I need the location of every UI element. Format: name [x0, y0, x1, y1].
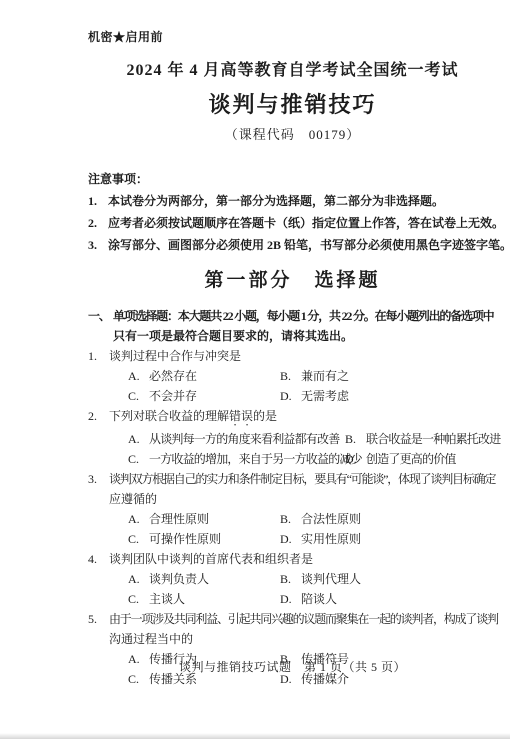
- option-d: D.实用性原则: [280, 529, 361, 549]
- option-a: A.从谈判每一方的角度来看利益都有改善: [128, 429, 345, 449]
- option-text: 可操作性原则: [149, 532, 221, 546]
- question-stem: 5.由于一项涉及共同利益、引起共同兴趣的议题而聚集在一起的谈判者，构成了谈判: [88, 609, 497, 629]
- option-b: B.联合收益是一种帕累托改进: [345, 429, 500, 449]
- note-text: 本试卷分为两部分，第一部分为选择题，第二部分为非选择题。: [108, 194, 444, 208]
- option-row: C.不会并存 D.无需考虑: [88, 386, 497, 406]
- page-content: 机密★启用前 2024 年 4 月高等教育自学考试全国统一考试 谈判与推销技巧 …: [0, 30, 510, 689]
- option-text: 合法性原则: [301, 512, 361, 526]
- paper-title: 谈判与推销技巧: [88, 90, 497, 120]
- question-stem: 4.谈判团队中谈判的首席代表和组织者是: [88, 549, 497, 569]
- note-number: 3.: [88, 234, 108, 256]
- question-block: 5.由于一项涉及共同利益、引起共同兴趣的议题而聚集在一起的谈判者，构成了谈判 沟…: [88, 609, 497, 689]
- option-text: 主谈人: [149, 592, 185, 606]
- note-item: 1.本试卷分为两部分，第一部分为选择题，第二部分为非选择题。: [88, 190, 497, 212]
- option-letter: C.: [128, 589, 142, 609]
- question-stem: 2.下列对联合收益的理解错误的是: [88, 406, 497, 429]
- option-text: 联合收益是一种帕累托改进: [366, 432, 500, 446]
- exam-session-title: 2024 年 4 月高等教育自学考试全国统一考试: [88, 60, 497, 82]
- question-stem-emphasis: 错误: [229, 409, 253, 423]
- option-a: A.合理性原则: [128, 509, 280, 529]
- option-text: 合理性原则: [149, 512, 209, 526]
- option-letter: A.: [128, 509, 142, 529]
- option-row: C.主谈人 D.陪谈人: [88, 589, 497, 609]
- option-c: C.一方收益的增加，来自于另一方收益的减少: [128, 449, 345, 469]
- scan-bottom-shadow: [0, 733, 510, 739]
- option-row: C.可操作性原则 D.实用性原则: [88, 529, 497, 549]
- option-letter: A.: [128, 569, 142, 589]
- option-row: A.必然存在 B.兼而有之: [88, 366, 497, 386]
- option-text: 从谈判每一方的角度来看利益都有改善: [149, 432, 339, 446]
- option-letter: C.: [128, 529, 142, 549]
- question-stem-text: 的是: [253, 409, 277, 423]
- question-stem-line2: 沟通过程当中的: [88, 629, 497, 649]
- notes-section: 注意事项： 1.本试卷分为两部分，第一部分为选择题，第二部分为非选择题。 2.应…: [88, 168, 497, 256]
- question-stem-line2: 应遵循的: [88, 489, 497, 509]
- question-stem: 3.谈判双方根据自己的实力和条件制定目标，要具有“可能谈”，体现了谈判目标确定: [88, 469, 497, 489]
- option-b: B.兼而有之: [280, 366, 349, 386]
- option-text: 一方收益的增加，来自于另一方收益的减少: [149, 452, 362, 466]
- option-text: 陪谈人: [301, 592, 337, 606]
- note-number: 2.: [88, 212, 108, 234]
- page-footer: 谈判与推销技巧试题 第 1 页（共 5 页）: [88, 658, 497, 676]
- question-number: 1.: [88, 346, 109, 366]
- option-c: C.可操作性原则: [128, 529, 280, 549]
- option-letter: A.: [128, 366, 142, 386]
- option-letter: D.: [280, 386, 294, 406]
- note-item: 2.应考者必须按试题顺序在答题卡（纸）指定位置上作答，答在试卷上无效。: [88, 212, 497, 234]
- exam-paper-page: 机密★启用前 2024 年 4 月高等教育自学考试全国统一考试 谈判与推销技巧 …: [0, 0, 510, 739]
- mc-intro-line1: 一、单项选择题：本大题共 22 小题，每小题 1 分，共 22 分。在每小题列出…: [88, 306, 497, 326]
- option-letter: B.: [280, 569, 294, 589]
- option-b: B.谈判代理人: [280, 569, 361, 589]
- option-letter: B.: [280, 509, 294, 529]
- option-text: 实用性原则: [301, 532, 361, 546]
- option-b: B.合法性原则: [280, 509, 361, 529]
- question-block: 3.谈判双方根据自己的实力和条件制定目标，要具有“可能谈”，体现了谈判目标确定 …: [88, 469, 497, 549]
- option-text: 创造了更高的价值: [366, 452, 456, 466]
- note-text: 应考者必须按试题顺序在答题卡（纸）指定位置上作答，答在试卷上无效。: [108, 216, 504, 230]
- option-c: C.主谈人: [128, 589, 280, 609]
- option-c: C.不会并存: [128, 386, 280, 406]
- question-block: 4.谈判团队中谈判的首席代表和组织者是 A.谈判负责人 B.谈判代理人 C.主谈…: [88, 549, 497, 609]
- question-stem-text: 由于一项涉及共同利益、引起共同兴趣的议题而聚集在一起的谈判者，构成了谈判: [109, 612, 498, 626]
- option-d: D.陪谈人: [280, 589, 337, 609]
- question-stem-text: 下列对联合收益的理解: [109, 409, 229, 423]
- multiple-choice-section: 一、单项选择题：本大题共 22 小题，每小题 1 分，共 22 分。在每小题列出…: [88, 306, 497, 689]
- question-number: 2.: [88, 406, 109, 426]
- option-text: 必然存在: [149, 369, 197, 383]
- note-number: 1.: [88, 190, 108, 212]
- mc-intro-line2: 只有一项是最符合题目要求的，请将其选出。: [88, 326, 497, 346]
- option-letter: D.: [280, 589, 294, 609]
- question-stem-text: 谈判双方根据自己的实力和条件制定目标，要具有“可能谈”，体现了谈判目标确定: [109, 472, 495, 486]
- mc-intro-text: 单项选择题：本大题共 22 小题，每小题 1 分，共 22 分。在每小题列出的备…: [113, 309, 493, 323]
- part1-heading: 第一部分 选择题: [88, 268, 497, 294]
- option-a: A.谈判负责人: [128, 569, 280, 589]
- mc-intro-label: 一、: [88, 306, 113, 326]
- question-number: 3.: [88, 469, 109, 489]
- question-stem-text: 谈判团队中谈判的首席代表和组织者是: [109, 552, 313, 566]
- question-number: 5.: [88, 609, 109, 629]
- notes-heading: 注意事项：: [88, 168, 497, 190]
- note-text: 涂写部分、画图部分必须使用 2B 铅笔，书写部分必须使用黑色字迹签字笔。: [108, 238, 510, 252]
- question-stem-text: 谈判过程中合作与冲突是: [109, 349, 241, 363]
- option-letter: B.: [280, 366, 294, 386]
- option-text: 兼而有之: [301, 369, 349, 383]
- option-row: A.合理性原则 B.合法性原则: [88, 509, 497, 529]
- mc-intro: 一、单项选择题：本大题共 22 小题，每小题 1 分，共 22 分。在每小题列出…: [88, 306, 497, 346]
- option-row: A.从谈判每一方的角度来看利益都有改善 B.联合收益是一种帕累托改进: [88, 429, 497, 449]
- option-letter: D.: [345, 449, 359, 469]
- option-letter: C.: [128, 386, 142, 406]
- option-text: 无需考虑: [301, 389, 349, 403]
- option-text: 不会并存: [149, 389, 197, 403]
- option-d: D.创造了更高的价值: [345, 449, 456, 469]
- option-letter: A.: [128, 429, 142, 449]
- classification-label: 机密★启用前: [88, 30, 497, 44]
- question-block: 1.谈判过程中合作与冲突是 A.必然存在 B.兼而有之 C.不会并存 D.无需考…: [88, 346, 497, 406]
- option-letter: C.: [128, 449, 142, 469]
- option-letter: B.: [345, 429, 359, 449]
- option-letter: D.: [280, 529, 294, 549]
- option-row: A.谈判负责人 B.谈判代理人: [88, 569, 497, 589]
- option-a: A.必然存在: [128, 366, 280, 386]
- question-number: 4.: [88, 549, 109, 569]
- option-text: 谈判代理人: [301, 572, 361, 586]
- option-text: 谈判负责人: [149, 572, 209, 586]
- option-row: C.一方收益的增加，来自于另一方收益的减少 D.创造了更高的价值: [88, 449, 497, 469]
- question-stem: 1.谈判过程中合作与冲突是: [88, 346, 497, 366]
- question-block: 2.下列对联合收益的理解错误的是 A.从谈判每一方的角度来看利益都有改善 B.联…: [88, 406, 497, 469]
- note-item: 3.涂写部分、画图部分必须使用 2B 铅笔，书写部分必须使用黑色字迹签字笔。: [88, 234, 497, 256]
- course-code-line: （课程代码 00179）: [88, 126, 497, 144]
- option-d: D.无需考虑: [280, 386, 349, 406]
